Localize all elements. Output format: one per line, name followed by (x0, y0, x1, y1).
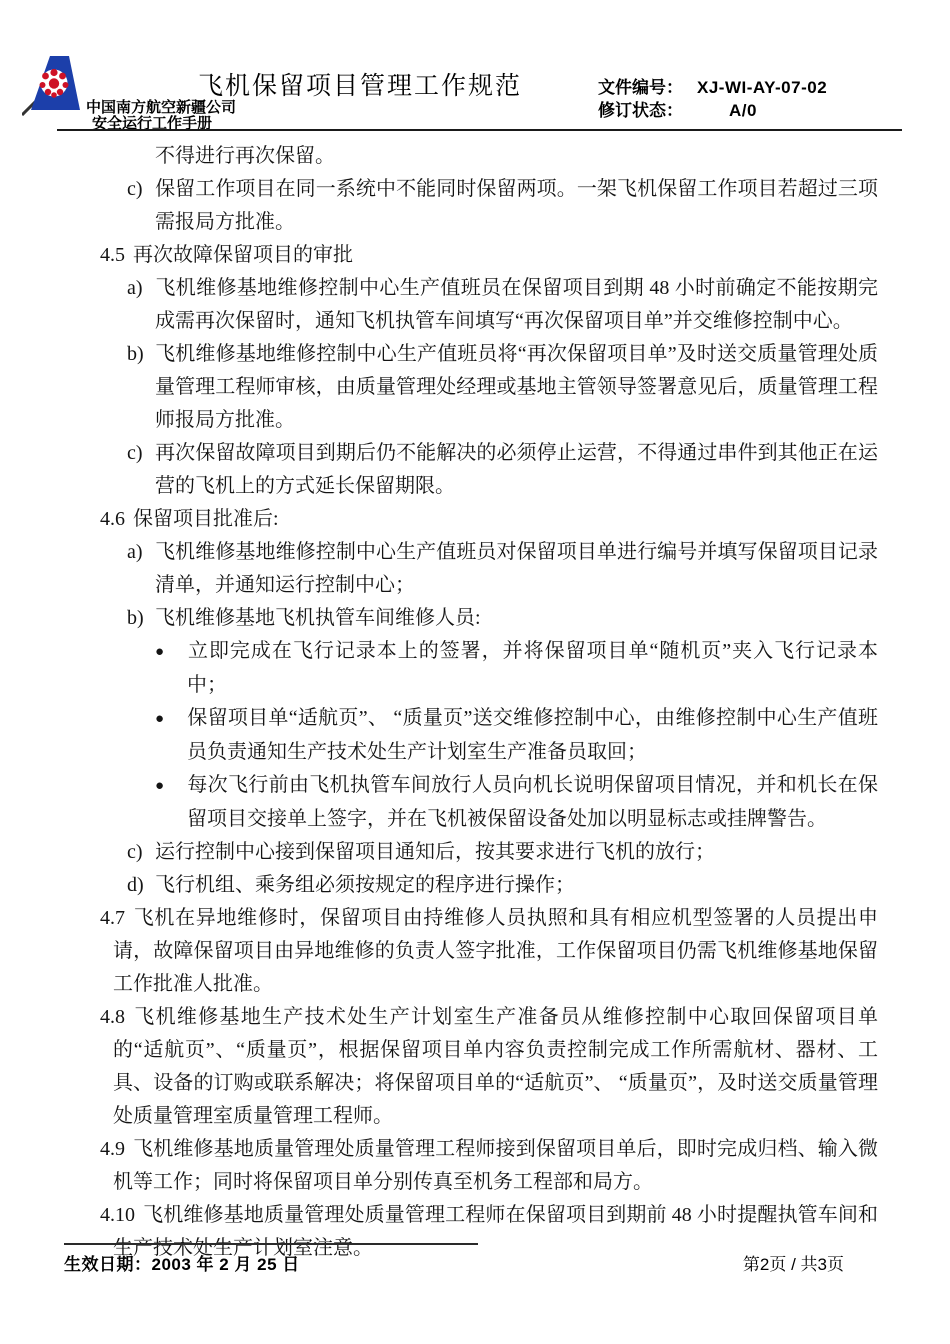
footer-divider (64, 1243, 478, 1245)
paragraph: c)运行控制中心接到保留项目通知后，按其要求进行飞机的放行； (0, 836, 878, 869)
paragraph: b)飞机维修基地维修控制中心生产值班员将“再次保留项目单”及时送交质量管理处质量… (0, 338, 878, 437)
paragraph-text: 运行控制中心接到保留项目通知后，按其要求进行飞机的放行； (155, 841, 715, 863)
paragraph-text: 飞机维修基地飞机执管车间维修人员: (155, 607, 481, 629)
paragraph-text: 每次飞行前由飞机执管车间放行人员向机长说明保留项目情况，并和机长在保留项目交接单… (187, 774, 878, 830)
paragraph: a)飞机维修基地维修控制中心生产值班员在保留项目到期 48 小时前确定不能按期完… (0, 272, 878, 338)
section-paragraph: 4.9飞机维修基地质量管理处质量管理工程师接到保留项目单后，即时完成归档、输入微… (0, 1133, 878, 1199)
doc-number-label: 文件编号： (598, 76, 683, 99)
paragraph-label: 4.5 (100, 244, 125, 266)
paragraph: b)飞机维修基地飞机执管车间维修人员: (0, 602, 878, 635)
document-body: 不得进行再次保留。c)保留工作项目在同一系统中不能同时保留两项。一架飞机保留工作… (0, 140, 950, 1265)
paragraph-label: 4.10 (100, 1204, 135, 1226)
paragraph-text: 再次保留故障项目到期后仍不能解决的必须停止运营，不得通过串件到其他正在运营的飞机… (155, 442, 878, 497)
paragraph-text: 飞机维修基地维修控制中心生产值班员对保留项目单进行编号并填写保留项目记录清单，并… (155, 541, 878, 596)
paragraph-label: d) (127, 869, 155, 902)
paragraph-text: 保留项目批准后: (133, 508, 279, 530)
document-meta: 文件编号： XJ-WI-AY-07-02 修订状态： A/0 (598, 76, 827, 122)
paragraph-text: 保留项目单“适航页”、 “质量页”送交维修控制中心，由维修控制中心生产值班员负责… (187, 707, 878, 763)
paragraph-label: c) (127, 836, 155, 869)
paragraph-label: b) (127, 338, 155, 371)
effective-date: 生效日期：2003 年 2 月 25 日 (64, 1250, 300, 1275)
paragraph-text: 飞机维修基地维修控制中心生产值班员在保留项目到期 48 小时前确定不能按期完成需… (155, 277, 878, 332)
paragraph-text: 飞机维修基地生产技术处生产计划室生产准备员从维修控制中心取回保留项目单的“适航页… (113, 1006, 878, 1127)
paragraph-label: b) (127, 602, 155, 635)
paragraph-text: 不得进行再次保留。 (155, 145, 335, 167)
doc-number-row: 文件编号： XJ-WI-AY-07-02 (598, 76, 827, 99)
paragraph: c)再次保留故障项目到期后仍不能解决的必须停止运营，不得通过串件到其他正在运营的… (0, 437, 878, 503)
bullet-item: ●保留项目单“适航页”、 “质量页”送交维修控制中心，由维修控制中心生产值班员负… (0, 702, 878, 769)
page-number: 第2页 / 共3页 (743, 1250, 844, 1275)
paragraph-label: a) (127, 536, 155, 569)
paragraph-text: 再次故障保留项目的审批 (133, 244, 353, 266)
section-paragraph: 4.6保留项目批准后: (0, 503, 878, 536)
bullet-icon: ● (155, 636, 187, 669)
revision-row: 修订状态： A/0 (598, 99, 827, 122)
bullet-icon: ● (155, 770, 187, 803)
paragraph-label: 4.6 (100, 508, 125, 530)
document-page: 中国南方航空新疆公司 安全运行工作手册 飞机保留项目管理工作规范 文件编号： X… (0, 0, 950, 1344)
section-paragraph: 4.8飞机维修基地生产技术处生产计划室生产准备员从维修控制中心取回保留项目单的“… (0, 1001, 878, 1133)
paragraph-text: 保留工作项目在同一系统中不能同时保留两项。一架飞机保留工作项目若超过三项需报局方… (155, 178, 878, 233)
paragraph-label: a) (127, 272, 155, 305)
paragraph-label: 4.7 (100, 907, 125, 929)
revision-label: 修订状态： (598, 99, 683, 122)
paragraph: c)保留工作项目在同一系统中不能同时保留两项。一架飞机保留工作项目若超过三项需报… (0, 173, 878, 239)
paragraph-label: c) (127, 437, 155, 470)
paragraph-label: 4.9 (100, 1138, 125, 1160)
paragraph-text: 飞行机组、乘务组必须按规定的程序进行操作； (155, 874, 575, 896)
bullet-item: ●每次飞行前由飞机执管车间放行人员向机长说明保留项目情况，并和机长在保留项目交接… (0, 769, 878, 836)
paragraph-label: 4.8 (100, 1006, 125, 1028)
bullet-item: ●立即完成在飞行记录本上的签署，并将保留项目单“随机页”夹入飞行记录本中； (0, 635, 878, 702)
paragraph: 不得进行再次保留。 (0, 140, 878, 173)
paragraph-label: c) (127, 173, 155, 206)
company-name: 中国南方航空新疆公司 (86, 100, 236, 116)
document-footer: 生效日期：2003 年 2 月 25 日 第2页 / 共3页 (0, 1243, 950, 1283)
doc-number-value: XJ-WI-AY-07-02 (697, 76, 827, 99)
section-paragraph: 4.5再次故障保留项目的审批 (0, 239, 878, 272)
document-header: 中国南方航空新疆公司 安全运行工作手册 飞机保留项目管理工作规范 文件编号： X… (0, 0, 950, 138)
document-title: 飞机保留项目管理工作规范 (198, 66, 522, 102)
paragraph: a)飞机维修基地维修控制中心生产值班员对保留项目单进行编号并填写保留项目记录清单… (0, 536, 878, 602)
paragraph: d)飞行机组、乘务组必须按规定的程序进行操作； (0, 869, 878, 902)
header-divider (57, 129, 902, 131)
paragraph-text: 飞机在异地维修时，保留项目由持维修人员执照和具有相应机型签署的人员提出申请，故障… (113, 907, 878, 995)
section-paragraph: 4.7飞机在异地维修时，保留项目由持维修人员执照和具有相应机型签署的人员提出申请… (0, 902, 878, 1001)
company-block: 中国南方航空新疆公司 安全运行工作手册 (86, 100, 236, 132)
bullet-icon: ● (155, 703, 187, 736)
china-southern-logo-icon (22, 52, 82, 116)
revision-value: A/0 (729, 99, 757, 122)
paragraph-text: 飞机维修基地维修控制中心生产值班员将“再次保留项目单”及时送交质量管理处质量管理… (155, 343, 878, 431)
paragraph-text: 立即完成在飞行记录本上的签署，并将保留项目单“随机页”夹入飞行记录本中； (187, 640, 878, 696)
paragraph-text: 飞机维修基地质量管理处质量管理工程师接到保留项目单后，即时完成归档、输入微机等工… (113, 1138, 878, 1193)
